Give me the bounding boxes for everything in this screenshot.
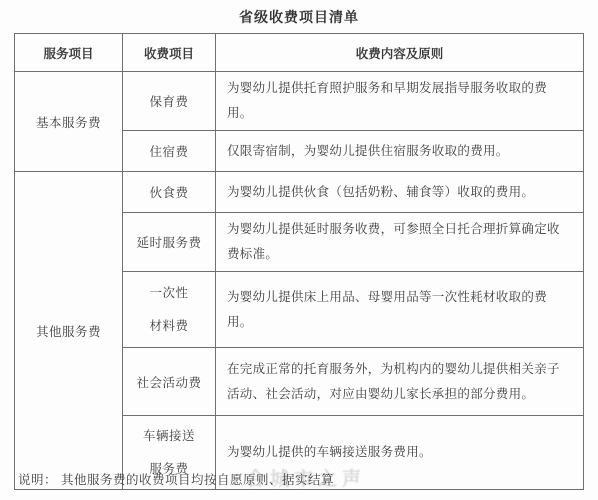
note-label: 说明：: [18, 473, 57, 487]
page: 省级收费项目清单 服务项目 收费项目 收费内容及原则 基本服务费 保育费 为婴幼…: [0, 0, 598, 500]
fee-name-yicixing: 一次性 材料费: [123, 272, 216, 348]
fee-table: 服务项目 收费项目 收费内容及原则 基本服务费 保育费 为婴幼儿提供托育照护服务…: [14, 33, 584, 490]
fee-desc-shehui: 在完成正常的托育服务外，为机构内的婴幼儿提供相关亲子活动、社会活动，对应由婴幼儿…: [216, 348, 584, 416]
fee-name-shehui: 社会活动费: [123, 348, 216, 416]
fee-name-zhusufei: 住宿费: [123, 131, 216, 172]
col-header-fee-item: 收费项目: [123, 34, 216, 72]
fee-name-line: 伙食费: [124, 183, 214, 201]
fee-desc-baoyufei: 为婴幼儿提供托育照护服务和早期发展指导服务收取的费用。: [216, 72, 584, 131]
note-text: 其他服务费的收费项目均按自愿原则、据实结算: [61, 473, 334, 487]
table-header-row: 服务项目 收费项目 收费内容及原则: [15, 34, 584, 72]
fee-name-baoyufei: 保育费: [123, 72, 216, 131]
col-header-fee-content: 收费内容及原则: [216, 34, 584, 72]
fee-desc-huoshifei: 为婴幼儿提供伙食（包括奶粉、辅食等）收取的费用。: [216, 172, 584, 213]
fee-name-line: 材料费: [124, 310, 214, 343]
fee-name-line: 车辆接送: [124, 420, 214, 453]
fee-name-line: 保育费: [124, 92, 214, 110]
fee-name-yanshi: 延时服务费: [123, 213, 216, 272]
fee-desc-yanshi: 为婴幼儿提供延时服务收费，可参照全日托合理折算确定收费标准。: [216, 213, 584, 272]
table-row-baoyufei: 基本服务费 保育费 为婴幼儿提供托育照护服务和早期发展指导服务收取的费用。: [15, 72, 584, 131]
fee-name-huoshifei: 伙食费: [123, 172, 216, 213]
page-title: 省级收费项目清单: [0, 7, 598, 27]
col-header-service-item: 服务项目: [15, 34, 123, 72]
service-group-other: 其他服务费: [15, 172, 123, 490]
service-group-basic: 基本服务费: [15, 72, 123, 172]
fee-desc-yicixing: 为婴幼儿提供床上用品、母婴用品等一次性耗材收取的费用。: [216, 272, 584, 348]
fee-name-line: 一次性: [124, 277, 214, 310]
table-row-huoshifei: 其他服务费 伙食费 为婴幼儿提供伙食（包括奶粉、辅食等）收取的费用。: [15, 172, 584, 213]
fee-name-line: 延时服务费: [124, 233, 214, 251]
note: 说明：其他服务费的收费项目均按自愿原则、据实结算: [18, 470, 334, 488]
fee-name-line: 社会活动费: [124, 373, 214, 391]
fee-desc-zhusufei: 仅限寄宿制，为婴幼儿提供住宿服务收取的费用。: [216, 131, 584, 172]
fee-name-line: 住宿费: [124, 142, 214, 160]
